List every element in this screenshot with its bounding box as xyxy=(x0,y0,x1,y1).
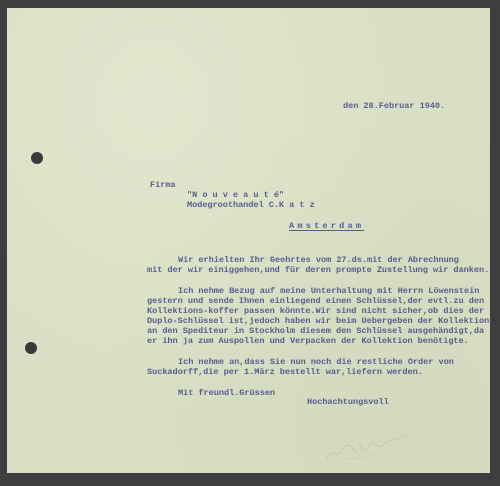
paragraph-2-line-5: an den Spediteur in Stockholm diesem den… xyxy=(147,326,484,336)
paragraph-1-line-2: mit der wir einiggehen,und für deren pro… xyxy=(147,265,489,275)
punch-hole-top xyxy=(31,152,43,164)
recipient-company: Modegroothandel C.K a t z xyxy=(187,200,315,210)
paragraph-2-line-6: er ihn ja zum Auspollen und Verpacken de… xyxy=(147,336,469,346)
signature-scribble-icon xyxy=(320,427,413,467)
recipient-prefix: Firma xyxy=(150,180,176,190)
handwritten-signature xyxy=(320,427,413,470)
paragraph-2-line-1: Ich nehme Bezug auf meine Unterhaltung m… xyxy=(178,286,479,296)
paragraph-3-line-2: Suckadorff,die per 1.März bestellt war,l… xyxy=(147,367,423,377)
punch-hole-bottom xyxy=(25,342,37,354)
sign-off-line: Hochachtungsvoll xyxy=(307,397,389,407)
paragraph-2-line-3: Kollektions-koffer passen könnte.Wir sin… xyxy=(147,306,484,316)
paragraph-2-line-4: Duplo-Schlüssel ist,jedoch haben wir bei… xyxy=(147,316,489,326)
paragraph-1-line-1: Wir erhielten Ihr Geehrtes vom 27.ds.mit… xyxy=(178,255,459,265)
letter-page: den 28.Februar 1940. Firma "N o u v e a … xyxy=(7,8,490,473)
recipient-name: "N o u v e a u t é" xyxy=(187,190,284,200)
closing-line: Mit freundl.Grüssen xyxy=(178,388,275,398)
date-line: den 28.Februar 1940. xyxy=(343,101,445,111)
paragraph-2-line-2: gestern und sende Ihnen einliegend einen… xyxy=(147,296,484,306)
paragraph-3-line-1: Ich nehme an,dass Sie nun noch die restl… xyxy=(178,357,454,367)
recipient-city: Amsterdam xyxy=(289,221,364,231)
